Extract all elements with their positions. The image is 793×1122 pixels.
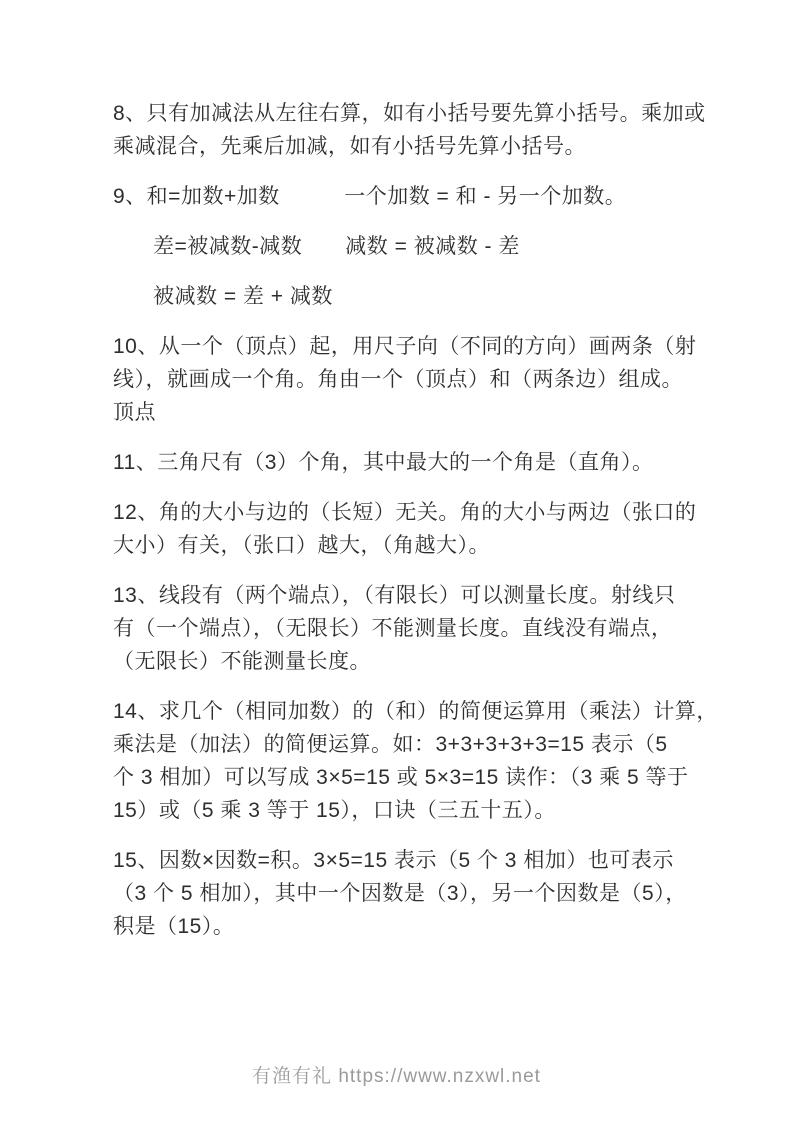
text-line: 15、因数×因数=积。3×5=15 表示（5 个 3 相加）也可表示 — [113, 844, 693, 877]
text-line: 乘减混合，先乘后加减，如有小括号先算小括号。 — [113, 130, 693, 163]
text-line: 顶点 — [113, 396, 693, 429]
paragraph-item-10: 10、从一个（顶点）起，用尺子向（不同的方向）画两条（射 线），就画成一个角。角… — [113, 330, 693, 429]
page-footer-watermark: 有渔有礼 https://www.nzxwl.net — [0, 1064, 793, 1090]
text-line: 14、求几个（相同加数）的（和）的简便运算用（乘法）计算， — [113, 695, 693, 728]
paragraph-item-12: 12、角的大小与边的（长短）无关。角的大小与两边（张口的 大小）有关，（张口）越… — [113, 496, 693, 562]
paragraph-item-9-difference: 差=被减数-减数 减数 = 被减数 - 差 — [113, 230, 693, 263]
paragraph-item-9-minuend: 被减数 = 差 + 减数 — [113, 280, 693, 313]
paragraph-item-8: 8、只有加减法从左往右算，如有小括号要先算小括号。乘加或 乘减混合，先乘后加减，… — [113, 97, 693, 163]
text-line: （3 个 5 相加），其中一个因数是（3），另一个因数是（5）， — [113, 877, 693, 910]
text-line: 被减数 = 差 + 减数 — [153, 280, 693, 313]
text-line: 8、只有加减法从左往右算，如有小括号要先算小括号。乘加或 — [113, 97, 693, 130]
text-line: 9、和=加数+加数 一个加数 = 和 - 另一个加数。 — [113, 180, 693, 213]
text-line: 个 3 相加）可以写成 3×5=15 或 5×3=15 读作：（3 乘 5 等于 — [113, 761, 693, 794]
text-line: 10、从一个（顶点）起，用尺子向（不同的方向）画两条（射 — [113, 330, 693, 363]
document-body: 8、只有加减法从左往右算，如有小括号要先算小括号。乘加或 乘减混合，先乘后加减，… — [113, 97, 693, 960]
text-line: 大小）有关，（张口）越大，（角越大）。 — [113, 529, 693, 562]
paragraph-item-14: 14、求几个（相同加数）的（和）的简便运算用（乘法）计算， 乘法是（加法）的简便… — [113, 695, 693, 827]
text-line: 积是（15）。 — [113, 910, 693, 943]
text-line: 13、线段有（两个端点），（有限长）可以测量长度。射线只 — [113, 579, 693, 612]
paragraph-item-15: 15、因数×因数=积。3×5=15 表示（5 个 3 相加）也可表示 （3 个 … — [113, 844, 693, 943]
text-line: 有（一个端点），（无限长）不能测量长度。直线没有端点， — [113, 612, 693, 645]
text-line: （无限长）不能测量长度。 — [113, 645, 693, 678]
text-line: 差=被减数-减数 减数 = 被减数 - 差 — [153, 230, 693, 263]
paragraph-item-11: 11、三角尺有（3）个角，其中最大的一个角是（直角）。 — [113, 446, 693, 479]
text-line: 12、角的大小与边的（长短）无关。角的大小与两边（张口的 — [113, 496, 693, 529]
text-line: 乘法是（加法）的简便运算。如：3+3+3+3+3=15 表示（5 — [113, 728, 693, 761]
text-line: 15）或（5 乘 3 等于 15），口诀（三五十五）。 — [113, 794, 693, 827]
paragraph-item-9-sum: 9、和=加数+加数 一个加数 = 和 - 另一个加数。 — [113, 180, 693, 213]
text-line: 线），就画成一个角。角由一个（顶点）和（两条边）组成。 — [113, 363, 693, 396]
paragraph-item-13: 13、线段有（两个端点），（有限长）可以测量长度。射线只 有（一个端点），（无限… — [113, 579, 693, 678]
text-line: 11、三角尺有（3）个角，其中最大的一个角是（直角）。 — [113, 446, 693, 479]
